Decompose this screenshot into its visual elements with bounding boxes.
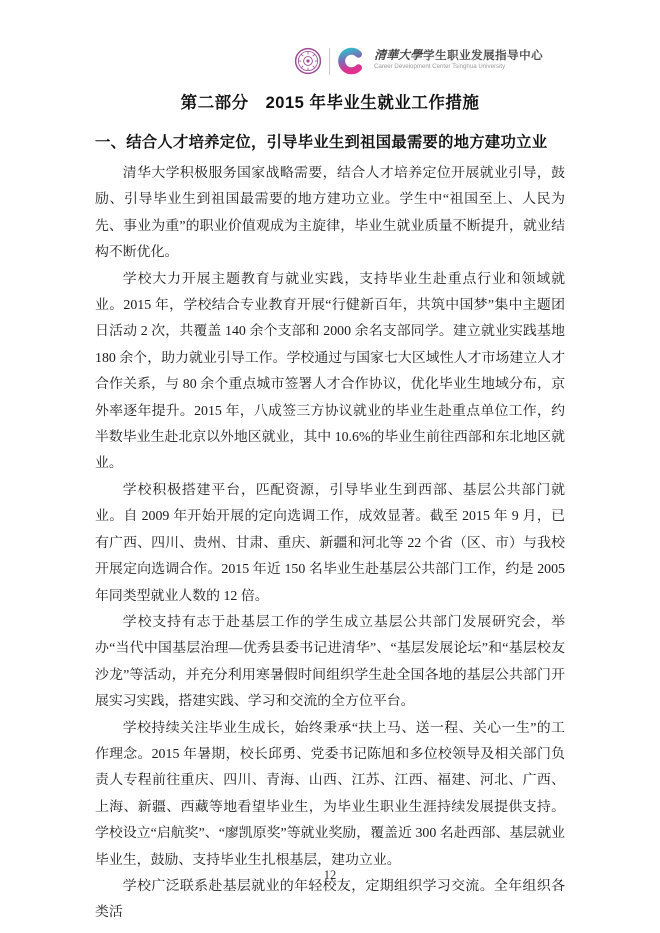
header-logo: 清華大學学生职业发展指导中心 Career Development Center… bbox=[294, 44, 567, 78]
body-paragraph: 学校持续关注毕业生成长，始终秉承“扶上马、送一程、关心一生”的工作理念。2015… bbox=[95, 716, 565, 874]
career-center-logo-icon bbox=[337, 46, 367, 76]
body-paragraph: 学校支持有志于赴基层工作的学生成立基层公共部门发展研究会，举办“当代中国基层治理… bbox=[95, 610, 565, 716]
page-number: 12 bbox=[0, 868, 660, 883]
logo-en-name: Career Development Center Tsinghua Unive… bbox=[374, 63, 505, 69]
body-paragraph: 学校大力开展主题教育与就业实践，支持毕业生赴重点行业和领域就业。2015 年，学… bbox=[95, 267, 565, 478]
logo-cn-name: 学生职业发展指导中心 bbox=[423, 50, 543, 62]
logo-cn-line: 清華大學学生职业发展指导中心 bbox=[374, 49, 567, 62]
document-title: 第二部分 2015 年毕业生就业工作措施 bbox=[0, 89, 660, 113]
section-heading: 一、结合人才培养定位，引导毕业生到祖国最需要的地方建功立业 bbox=[95, 130, 565, 152]
logo-divider bbox=[329, 48, 330, 75]
logo-text: 清華大學学生职业发展指导中心 Career Development Center… bbox=[374, 49, 567, 73]
document-body: 清华大学积极服务国家战略需要，结合人才培养定位开展就业引导，鼓励、引导毕业生到祖… bbox=[95, 161, 565, 927]
page-header: 清華大學学生职业发展指导中心 Career Development Center… bbox=[0, 0, 660, 78]
tsinghua-seal-icon bbox=[294, 47, 322, 75]
body-paragraph: 清华大学积极服务国家战略需要，结合人才培养定位开展就业引导，鼓励、引导毕业生到祖… bbox=[95, 161, 565, 267]
body-paragraph: 学校积极搭建平台，匹配资源，引导毕业生到西部、基层公共部门就业。自 2009 年… bbox=[95, 478, 565, 610]
document-page: 清華大學学生职业发展指导中心 Career Development Center… bbox=[0, 0, 660, 933]
logo-cn-script: 清華大學 bbox=[374, 48, 422, 62]
